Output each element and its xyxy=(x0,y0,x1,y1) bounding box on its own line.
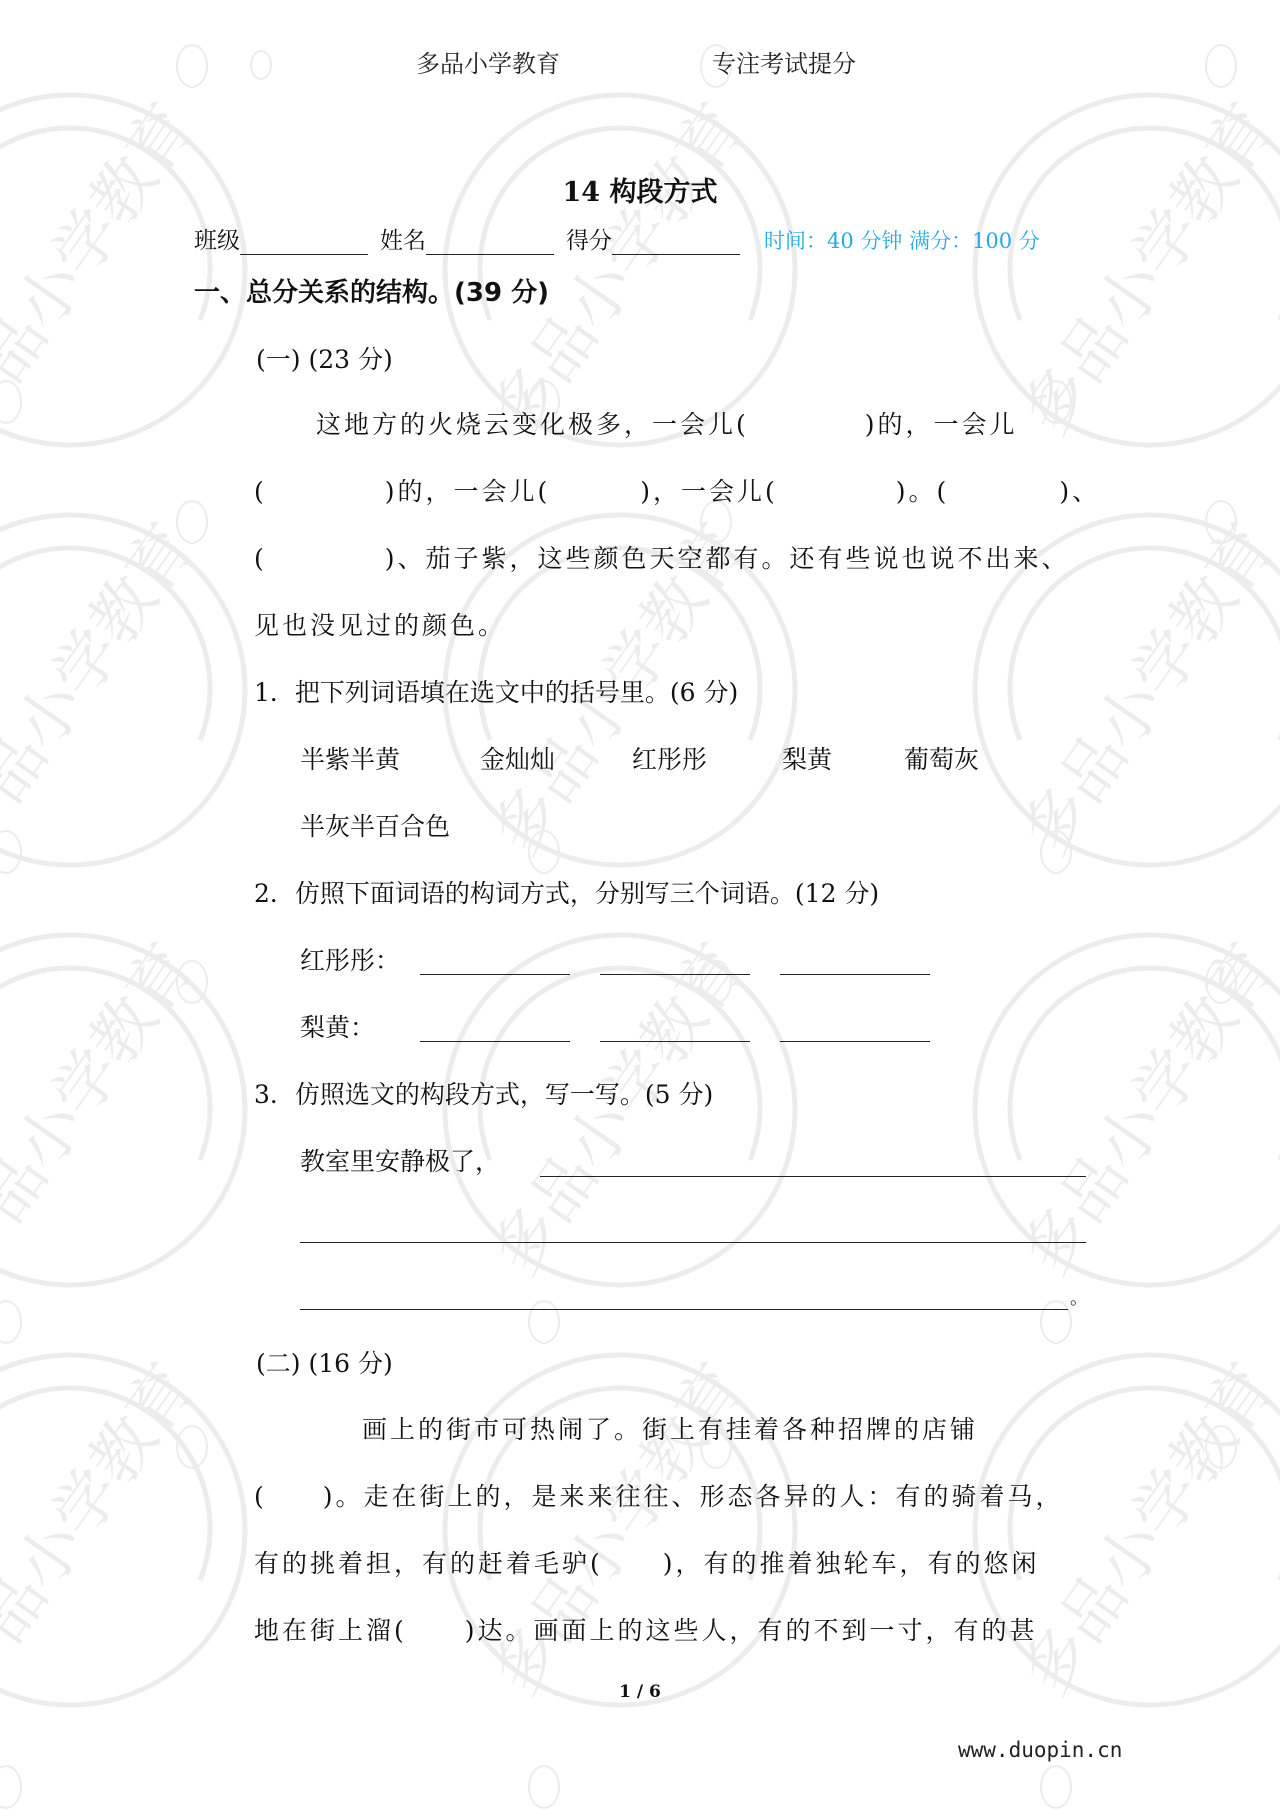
end-mark: 。 xyxy=(1070,1284,1088,1310)
score-field[interactable] xyxy=(612,230,740,255)
word-option: 梨黄 xyxy=(782,740,832,776)
page-title: 14 构段方式 xyxy=(0,170,1280,209)
passage-line: 地在街上溜()达。画面上的这些人，有的不到一寸，有的甚 xyxy=(254,1611,1038,1647)
passage-line: 见也没见过的颜色。 xyxy=(254,606,506,642)
document-page: 多品小学教育 专注考试提分 14 构段方式 班级 姓名 得分 时间：40 分钟 … xyxy=(0,0,1280,1810)
writing-line[interactable] xyxy=(540,1152,1086,1177)
student-info-row: 班级 姓名 得分 时间：40 分钟 满分：100 分 xyxy=(194,222,1040,255)
class-label: 班级 xyxy=(194,222,240,255)
passage-line: 画上的街市可热闹了。街上有挂着各种招牌的店铺 xyxy=(362,1410,978,1446)
name-field[interactable] xyxy=(426,230,554,255)
passage-line: 有的挑着担，有的赶着毛驴()，有的推着独轮车，有的悠闲 xyxy=(254,1544,1040,1580)
word-option: 半紫半黄 xyxy=(300,740,400,776)
passage-line: ()。走在街上的，是来来往往、形态各异的人：有的骑着马， xyxy=(254,1477,1064,1513)
section-heading: 一、总分关系的结构。(39 分) xyxy=(194,272,549,309)
answer-blank[interactable] xyxy=(600,1017,750,1042)
part-label: (二) (16 分) xyxy=(256,1344,393,1380)
footer-url[interactable]: www.duopin.cn xyxy=(958,1738,1122,1762)
writing-line[interactable] xyxy=(300,1285,1068,1310)
passage-line: ()的，一会儿()，一会儿()。()、 xyxy=(254,472,1100,508)
part-label: (一) (23 分) xyxy=(256,340,393,376)
passage-line: 这地方的火烧云变化极多，一会儿()的，一会儿 xyxy=(316,405,1018,441)
writing-prompt: 教室里安静极了， xyxy=(300,1142,500,1178)
question-1: 1．把下列词语填在选文中的括号里。(6 分) xyxy=(254,673,738,709)
word-option: 红彤彤 xyxy=(632,740,707,776)
page-number: 1 / 6 xyxy=(0,1682,1280,1702)
class-field[interactable] xyxy=(240,230,368,255)
word-option: 半灰半百合色 xyxy=(300,807,450,843)
word-row-label: 红彤彤： xyxy=(300,941,400,977)
question-3: 3．仿照选文的构段方式，写一写。(5 分) xyxy=(254,1075,713,1111)
word-option: 金灿灿 xyxy=(480,740,555,776)
question-2: 2．仿照下面词语的构词方式，分别写三个词语。(12 分) xyxy=(254,874,879,910)
answer-blank[interactable] xyxy=(420,950,570,975)
header-brand: 多品小学教育 xyxy=(416,44,560,79)
name-label: 姓名 xyxy=(380,222,426,255)
answer-blank[interactable] xyxy=(780,950,930,975)
passage-line: ()、茄子紫，这些颜色天空都有。还有些说也说不出来、 xyxy=(254,539,1070,575)
answer-blank[interactable] xyxy=(600,950,750,975)
word-row-label: 梨黄： xyxy=(300,1008,375,1044)
word-option: 葡萄灰 xyxy=(904,740,979,776)
time-info: 时间：40 分钟 满分：100 分 xyxy=(764,225,1040,255)
answer-blank[interactable] xyxy=(420,1017,570,1042)
score-label: 得分 xyxy=(566,222,612,255)
answer-blank[interactable] xyxy=(780,1017,930,1042)
header-slogan: 专注考试提分 xyxy=(712,44,856,79)
writing-line[interactable] xyxy=(300,1218,1086,1243)
